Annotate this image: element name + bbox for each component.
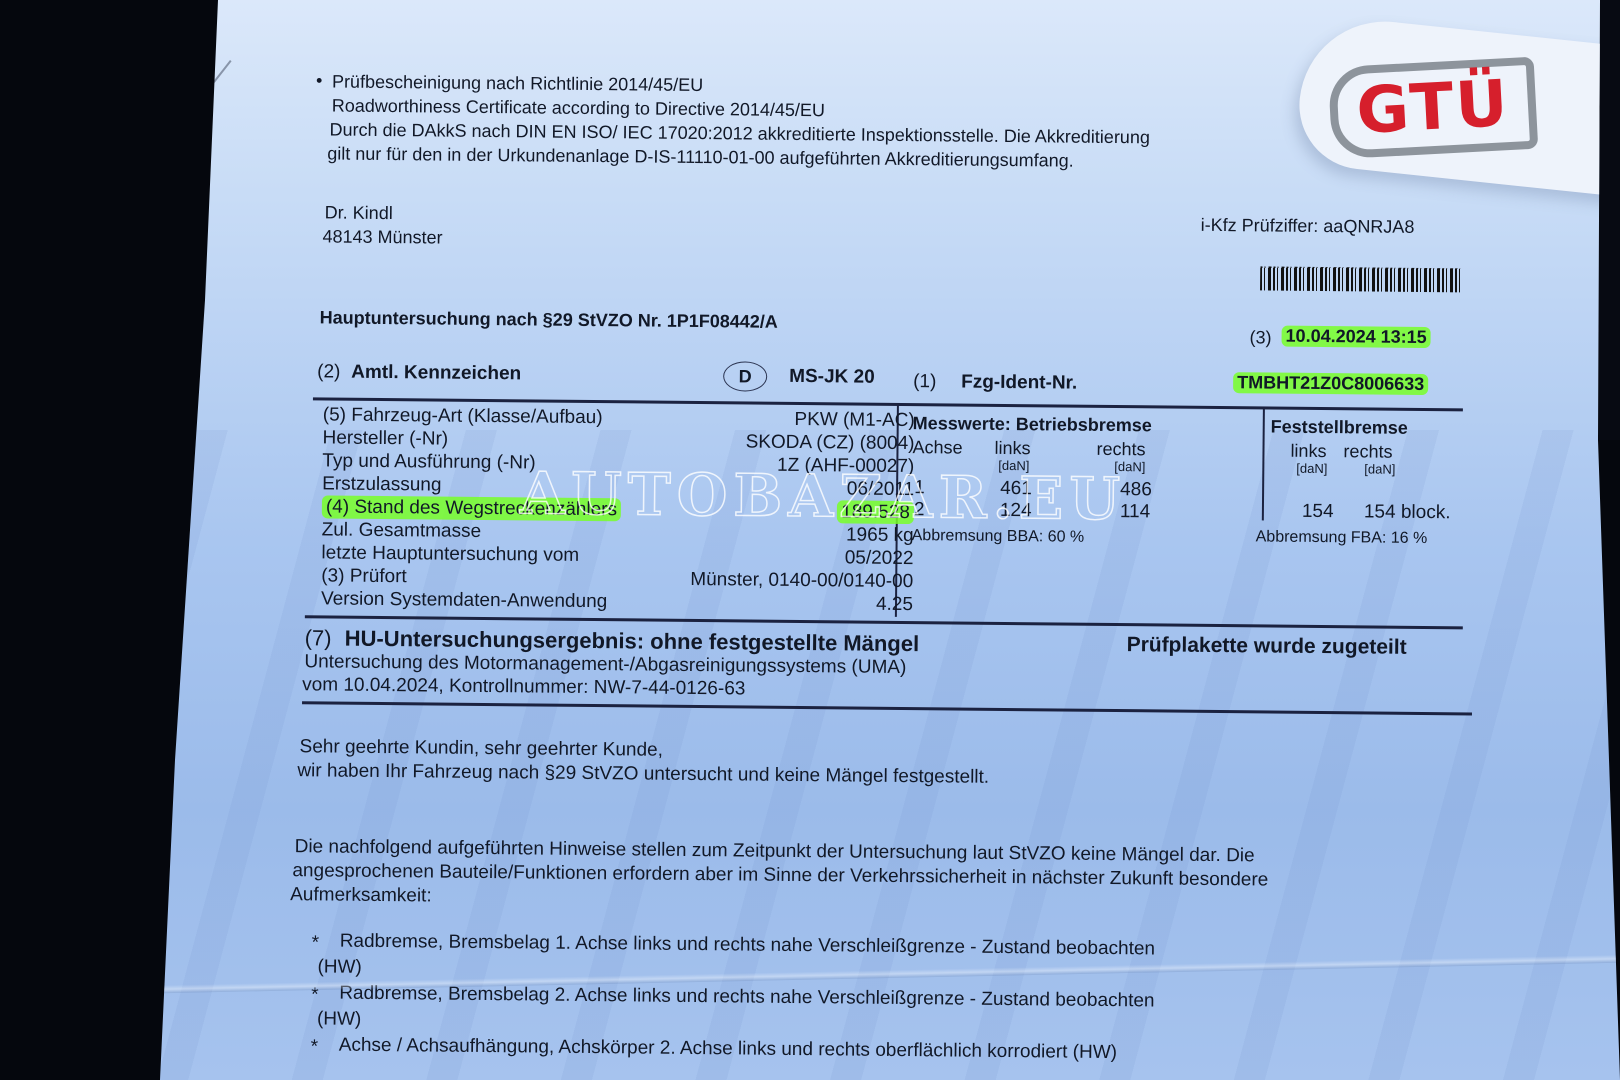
uma-line-2: vom 10.04.2024, Kontrollnummer: NW-7-44-…	[302, 674, 745, 700]
divider-line	[302, 701, 1472, 715]
unit-label: [daN]	[1364, 461, 1395, 476]
barcode	[1260, 266, 1460, 292]
row-value: Münster, 0140-00/0140-00	[690, 568, 913, 593]
parking-brake-title: Feststellbremse	[1271, 417, 1408, 439]
row-value: 05/2022	[845, 546, 914, 570]
note-suffix: (HW)	[317, 955, 362, 979]
row-value: SKODA (CZ) (8004)	[746, 430, 915, 455]
row-label: Typ und Ausführung (-Nr)	[322, 449, 536, 474]
right-column-header: rechts	[1096, 439, 1145, 460]
row-label: Hersteller (-Nr)	[322, 426, 448, 450]
header-bullet-icon: •	[316, 69, 323, 91]
column-divider	[1262, 408, 1265, 520]
row-label: Erstzulassung	[322, 472, 442, 496]
address-city: 48143 Münster	[322, 225, 442, 248]
vin-label: Fzg-Ident-Nr.	[961, 372, 1077, 395]
parking-right-value: 154 block.	[1364, 501, 1451, 524]
unit-label: [daN]	[1296, 461, 1327, 476]
vin-value: TMBHT21Z0C8006633	[1233, 372, 1428, 395]
row-label: Version Systemdaten-Anwendung	[321, 587, 607, 613]
vin-label-number: (1)	[913, 371, 936, 393]
row-label: (3) Prüfort	[321, 564, 407, 588]
note-item: Achse / Achsaufhängung, Achskörper 2. Ac…	[339, 1034, 1118, 1065]
plate-label-number: (2)	[317, 361, 340, 383]
date-label-number: (3)	[1249, 327, 1271, 348]
header-line-2: Roadworthiness Certificate according to …	[332, 94, 825, 121]
row-value: 4.25	[876, 593, 913, 616]
note-suffix: (HW)	[317, 1007, 362, 1031]
left-column-header: links	[994, 438, 1030, 459]
letter-sentence: wir haben Ihr Fahrzeug nach §29 StVZO un…	[297, 759, 989, 790]
certificate-content: • Prüfbescheinigung nach Richtlinie 2014…	[0, 0, 1620, 1080]
row-label: letzte Hauptuntersuchung vom	[321, 541, 579, 566]
header-line-4: gilt nur für den in der Urkundenanlage D…	[327, 142, 1074, 171]
service-brake-title: Messwerte: Betriebsbremse	[913, 413, 1152, 436]
axle-column-header: Achse	[912, 437, 962, 458]
inspection-date: 10.04.2024 13:15	[1281, 326, 1430, 348]
license-plate: MS-JK 20	[789, 366, 875, 389]
plate-label: Amtl. Kennzeichen	[351, 362, 521, 386]
paper-scratch	[70, 60, 232, 266]
inspection-certificate: GTÜ • Prüfbescheinigung nach Richtlinie …	[0, 0, 1620, 1080]
row-label: (5) Fahrzeug-Art (Klasse/Aufbau)	[323, 403, 603, 429]
result-number: (7)	[305, 625, 332, 651]
vehicle-row: Version Systemdaten-Anwendung 4.25	[321, 587, 913, 616]
sticker-status: Prüfplakette wurde zugeteilt	[1127, 633, 1407, 660]
country-code-d: D	[723, 361, 767, 391]
note-item: Radbremse, Bremsbelag 1. Achse links und…	[340, 930, 1156, 962]
ikfz-pruefziffer: i-Kfz Prüfziffer: aaQNRJA8	[1201, 214, 1415, 238]
note-bullet-icon: *	[312, 931, 320, 955]
right-column-header: rechts	[1343, 441, 1392, 462]
parking-left-value: 154	[1302, 501, 1334, 523]
inspection-title: Hauptuntersuchung nach §29 StVZO Nr. 1P1…	[320, 307, 778, 332]
fba-deceleration: Abbremsung FBA: 16 %	[1256, 528, 1428, 548]
header-line-1: Prüfbescheinigung nach Richtlinie 2014/4…	[332, 70, 703, 96]
row-label: Zul. Gesamtmasse	[322, 518, 482, 543]
letter-greeting: Sehr geehrte Kundin, sehr geehrter Kunde…	[299, 735, 663, 762]
address-name: Dr. Kindl	[325, 201, 393, 224]
row-value: PKW (M1-AC)	[794, 408, 915, 432]
site-watermark: AUTOBAZAR.EU	[520, 459, 1126, 533]
left-column-header: links	[1290, 441, 1326, 462]
note-bullet-icon: *	[311, 1035, 319, 1059]
notes-intro-line-3: Aufmerksamkeit:	[290, 883, 432, 908]
